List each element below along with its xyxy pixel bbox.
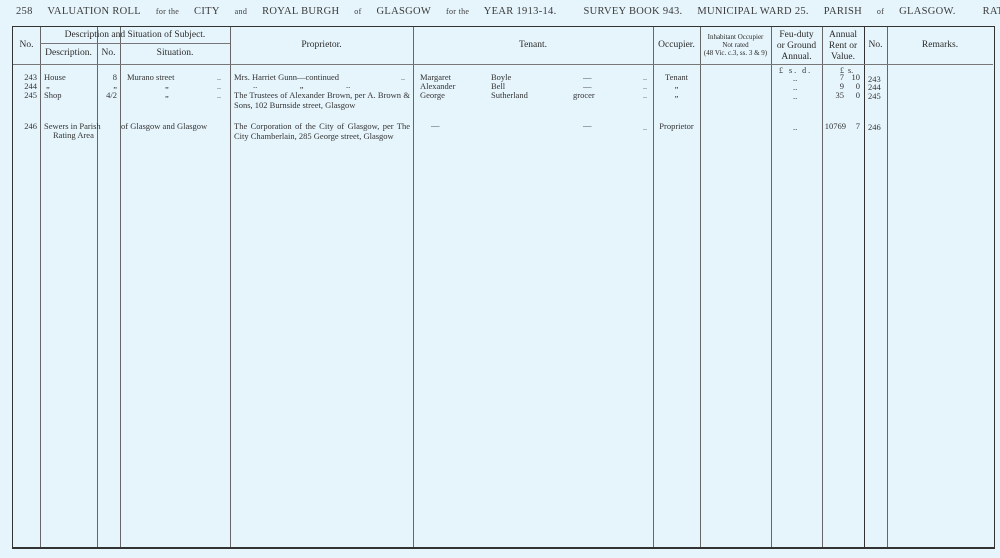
col-divider bbox=[887, 27, 888, 547]
page-header: 258 VALUATION ROLL for the CITY and ROYA… bbox=[16, 6, 991, 17]
col-divider bbox=[771, 27, 772, 547]
valuation-table: No. Description and Situation of Subject… bbox=[12, 26, 995, 549]
col-divider bbox=[413, 27, 414, 547]
roll-title: VALUATION ROLL for the CITY and ROYAL BU… bbox=[47, 6, 571, 17]
col-divider bbox=[864, 27, 865, 547]
col-divider bbox=[700, 27, 701, 547]
col-divider bbox=[822, 27, 823, 547]
header-description-group: Description and Situation of Subject. bbox=[40, 30, 230, 41]
col-divider bbox=[40, 27, 41, 547]
header-feu-duty: Feu-duty or Ground Annual. bbox=[771, 30, 822, 63]
header-bottom-line bbox=[13, 64, 993, 65]
page-number: 258 bbox=[16, 6, 33, 17]
header-remarks: Remarks. bbox=[887, 40, 993, 51]
header-no: No. bbox=[13, 40, 40, 51]
proprietor-245: The Trustees of Alexander Brown, per A. … bbox=[234, 91, 410, 110]
col-divider bbox=[120, 27, 121, 547]
header-no-right: No. bbox=[864, 40, 887, 51]
header-subdivider bbox=[40, 43, 230, 44]
header-occupier: Occupier. bbox=[653, 40, 700, 51]
rating-area: RATING AREA—GLASGOW. bbox=[983, 6, 1000, 17]
header-situation: Situation. bbox=[120, 48, 230, 59]
header-inhabitant-occupier: Inhabitant Occupier Not rated (48 Vic. c… bbox=[700, 33, 771, 57]
col-divider bbox=[653, 27, 654, 547]
survey-book: SURVEY BOOK 943. bbox=[583, 6, 682, 17]
header-description: Description. bbox=[40, 48, 97, 59]
header-proprietor: Proprietor. bbox=[230, 40, 413, 51]
header-tenant: Tenant. bbox=[413, 40, 653, 51]
header-annual-rent: Annual Rent or Value. bbox=[822, 30, 864, 63]
municipal-ward: MUNICIPAL WARD 25. bbox=[697, 6, 808, 17]
proprietor-246: The Corporation of the City of Glasgow, … bbox=[234, 122, 410, 141]
parish: PARISH of GLASGOW. bbox=[824, 6, 968, 17]
col-divider bbox=[230, 27, 231, 547]
header-subno: No. bbox=[97, 48, 120, 59]
col-divider bbox=[97, 27, 98, 547]
